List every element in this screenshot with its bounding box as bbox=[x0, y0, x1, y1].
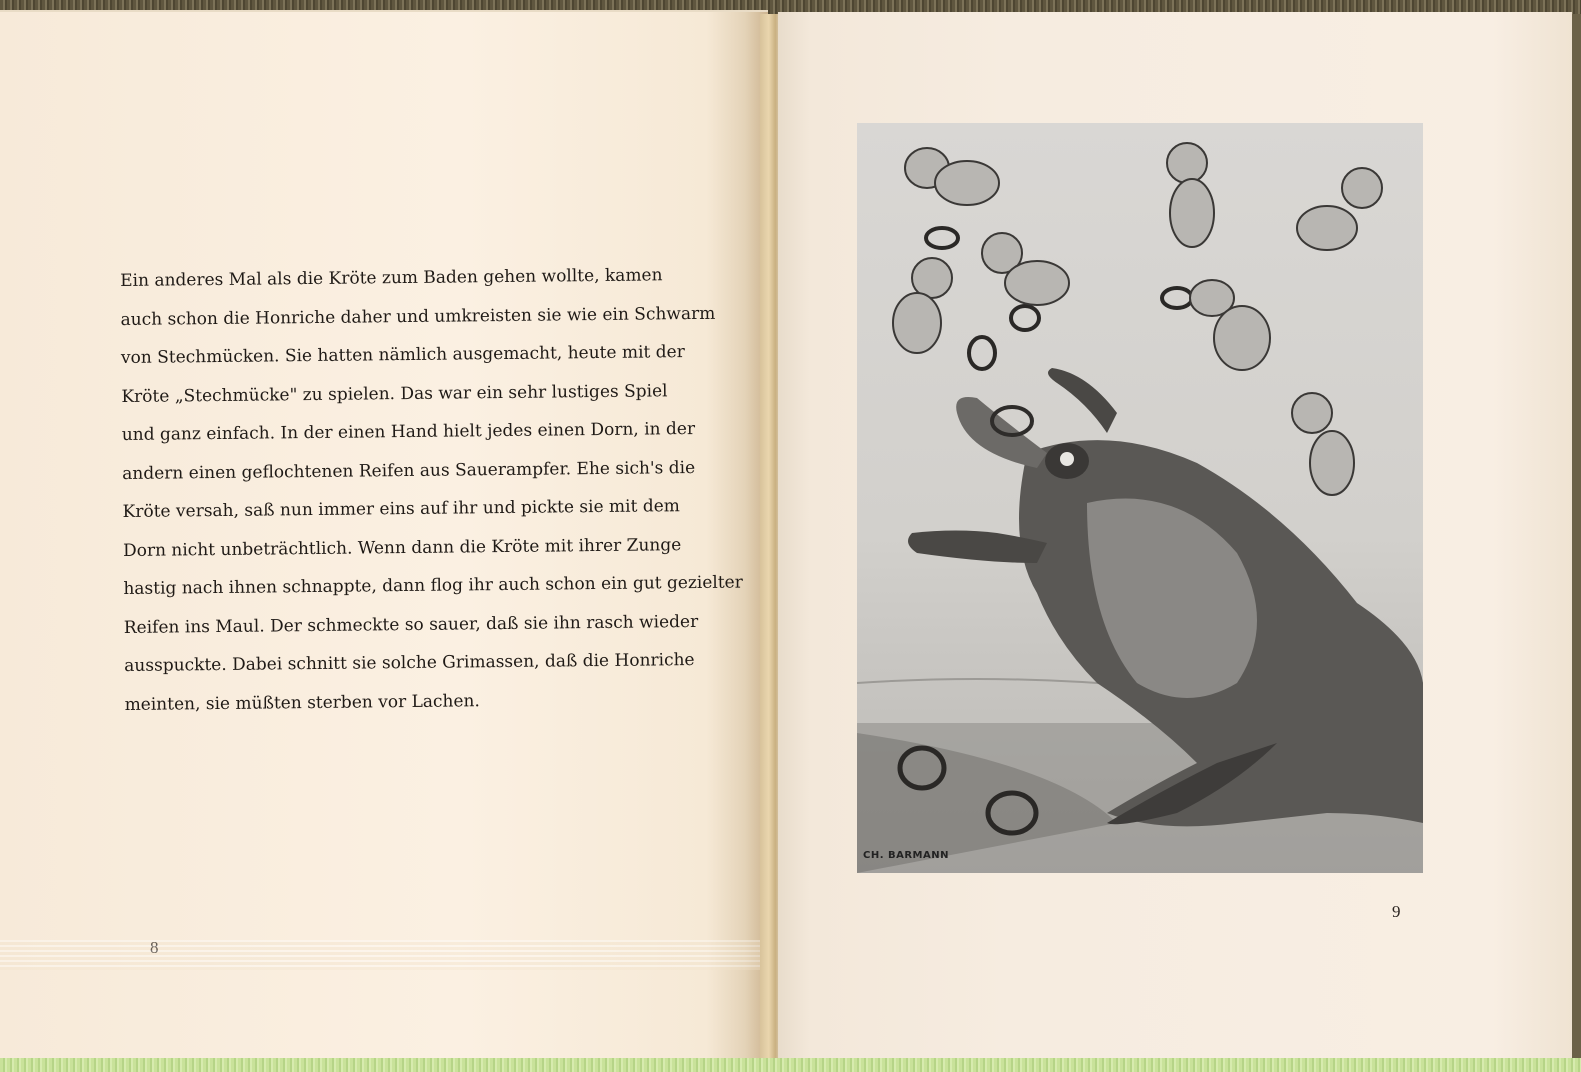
text-line: Dorn nicht unbeträchtlich. Wenn dann die… bbox=[123, 526, 663, 570]
text-line: von Stechmücken. Sie hatten nämlich ausg… bbox=[121, 333, 661, 377]
text-line: Ein anderes Mal als die Kröte zum Baden … bbox=[120, 256, 660, 300]
text-line: Kröte „Stechmücke" zu spielen. Das war e… bbox=[121, 372, 661, 416]
toad-illustration: CH. BARMANN bbox=[857, 123, 1423, 873]
page-number-left: 8 bbox=[150, 938, 159, 958]
story-text: Ein anderes Mal als die Kröte zum Baden … bbox=[120, 256, 665, 724]
left-page: Ein anderes Mal als die Kröte zum Baden … bbox=[0, 10, 768, 1062]
text-line: andern einen geflochtenen Reifen aus Sau… bbox=[122, 449, 662, 493]
text-line: Kröte versah, saß nun immer eins auf ihr… bbox=[122, 487, 662, 531]
text-line: auch schon die Honriche daher und umkrei… bbox=[120, 295, 660, 339]
text-line: und ganz einfach. In der einen Hand hiel… bbox=[122, 410, 662, 454]
text-line: ausspuckte. Dabei schnitt sie solche Gri… bbox=[124, 641, 664, 685]
artist-signature: CH. BARMANN bbox=[863, 850, 949, 861]
page-number-right: 9 bbox=[1392, 902, 1401, 922]
book-cover-bottom-edge bbox=[0, 1058, 1581, 1072]
illustration-drawing bbox=[857, 123, 1423, 873]
text-line: hastig nach ihnen schnappte, dann flog i… bbox=[123, 564, 663, 608]
text-line: meinten, sie müßten sterben vor Lachen. bbox=[124, 680, 664, 724]
text-line: Reifen ins Maul. Der schmeckte so sauer,… bbox=[124, 603, 664, 647]
